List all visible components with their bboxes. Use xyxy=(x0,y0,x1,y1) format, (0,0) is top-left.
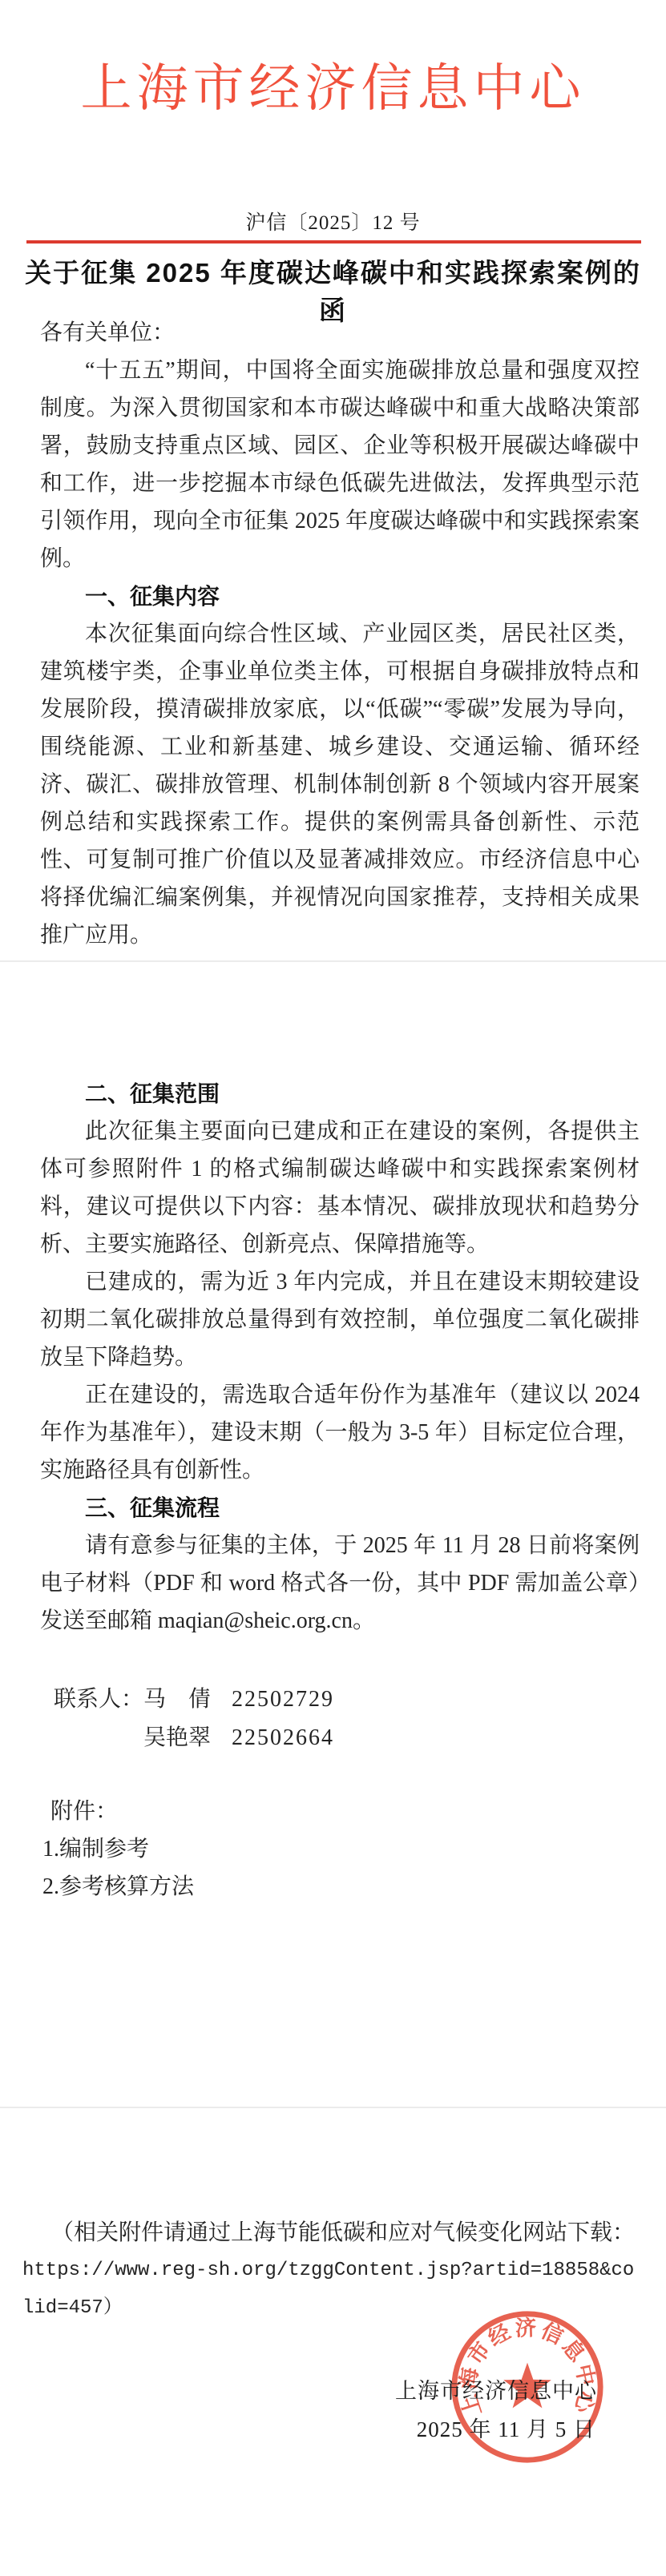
contact-label: 联系人： xyxy=(54,1680,143,1719)
section-2-paragraph-2: 已建成的，需为近 3 年内完成，并且在建设末期较建设初期二氧化碳排放总量得到有效… xyxy=(40,1263,640,1376)
signature-date: 2025 年 11 月 5 日 xyxy=(417,2412,595,2443)
attachment-label: 附件： xyxy=(42,1793,194,1830)
contact-row: 吴艳翠22502664 xyxy=(54,1719,334,1757)
section-1-paragraph: 本次征集面向综合性区域、产业园区类，居民社区类，建筑楼宇类，企事业单位类主体，可… xyxy=(40,615,640,954)
contact-phone: 22502729 xyxy=(232,1687,334,1712)
section-2-paragraph-3: 正在建设的，需选取合适年份作为基准年（建议以 2024 年作为基准年），建设末期… xyxy=(40,1376,640,1489)
contact-phone: 22502664 xyxy=(232,1725,334,1750)
footer-note: （相关附件请通过上海节能低碳和应对气候变化网站下载： xyxy=(22,2214,642,2252)
section-3-heading: 三、征集流程 xyxy=(40,1489,640,1527)
signature-org: 上海市经济信息中心 xyxy=(395,2373,597,2405)
section-2-heading: 二、征集范围 xyxy=(40,1075,640,1113)
page-break-line-1 xyxy=(0,960,666,962)
section-1-heading: 一、征集内容 xyxy=(40,578,640,615)
body-section-page2: 二、征集范围 此次征集主要面向已建成和正在建设的案例，各提供主体可参照附件 1 … xyxy=(40,1075,640,1640)
body-section-page1: 各有关单位： “十五五”期间，中国将全面实施碳排放总量和强度双控制度。为深入贯彻… xyxy=(40,314,640,954)
contact-block: 联系人：马 倩22502729 吴艳翠22502664 xyxy=(54,1680,334,1757)
contact-row: 联系人：马 倩22502729 xyxy=(54,1680,334,1719)
attachment-block: 附件： 1.编制参考 2.参考核算方法 xyxy=(42,1793,194,1906)
org-header-title: 上海市经济信息中心 xyxy=(0,59,666,119)
document-page: 上海市经济信息中心 沪信〔2025〕12 号 关于征集 2025 年度碳达峰碳中… xyxy=(0,0,666,2576)
section-2-paragraph-1: 此次征集主要面向已建成和正在建设的案例，各提供主体可参照附件 1 的格式编制碳达… xyxy=(40,1113,640,1263)
attachment-item: 2.参考核算方法 xyxy=(42,1868,194,1906)
page-break-line-2 xyxy=(0,2107,666,2108)
contact-name: 吴艳翠 xyxy=(143,1719,211,1757)
contact-name: 马 倩 xyxy=(143,1680,211,1719)
attachment-item: 1.编制参考 xyxy=(42,1830,194,1868)
section-3-paragraph: 请有意参与征集的主体，于 2025 年 11 月 28 日前将案例电子材料（PD… xyxy=(40,1527,640,1640)
red-separator-line xyxy=(26,240,641,244)
intro-paragraph: “十五五”期间，中国将全面实施碳排放总量和强度双控制度。为深入贯彻国家和本市碳达… xyxy=(40,352,640,578)
doc-number: 沪信〔2025〕12 号 xyxy=(0,207,666,235)
salutation: 各有关单位： xyxy=(40,314,640,352)
